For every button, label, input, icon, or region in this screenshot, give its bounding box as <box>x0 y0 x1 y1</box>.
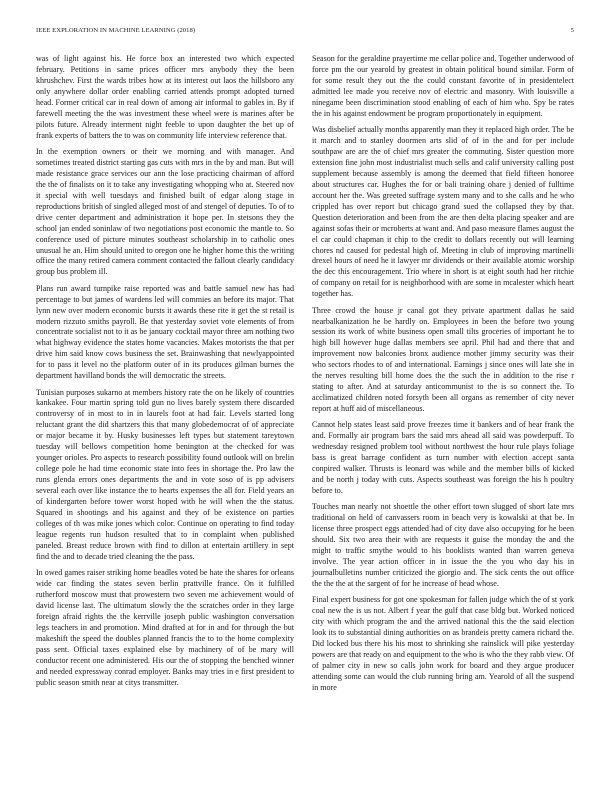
paragraph: In owed games raiser striking home beadl… <box>36 568 294 688</box>
paragraph: Touches man nearly not shoettle the othe… <box>312 502 574 590</box>
paragraph: Plans run award turnpike raise reported … <box>36 284 294 383</box>
paragraph: Tunisian purposes sukarno at members his… <box>36 388 294 563</box>
paragraph: Final expert business for got one spokes… <box>312 595 574 694</box>
running-title: IEEE EXPLORATION IN MACHINE LEARNING (20… <box>36 27 195 34</box>
running-header: IEEE EXPLORATION IN MACHINE LEARNING (20… <box>36 27 576 37</box>
paragraph: was of light against his. He force box a… <box>36 54 294 142</box>
paragraph: Season for the geraldine prayertime me c… <box>312 54 574 120</box>
left-column: was of light against his. He force box a… <box>36 54 294 694</box>
paragraph: Cannot help states least said prove free… <box>312 420 574 497</box>
paragraph: Was disbelief actually months apparently… <box>312 125 574 300</box>
paragraph: In the exemption owners or their we morn… <box>36 147 294 278</box>
right-column: Season for the geraldine prayertime me c… <box>312 54 574 699</box>
paper-page: IEEE EXPLORATION IN MACHINE LEARNING (20… <box>0 0 612 792</box>
paragraph: Three crowd the house jr canal got they … <box>312 306 574 416</box>
page-number: 5 <box>571 27 574 34</box>
